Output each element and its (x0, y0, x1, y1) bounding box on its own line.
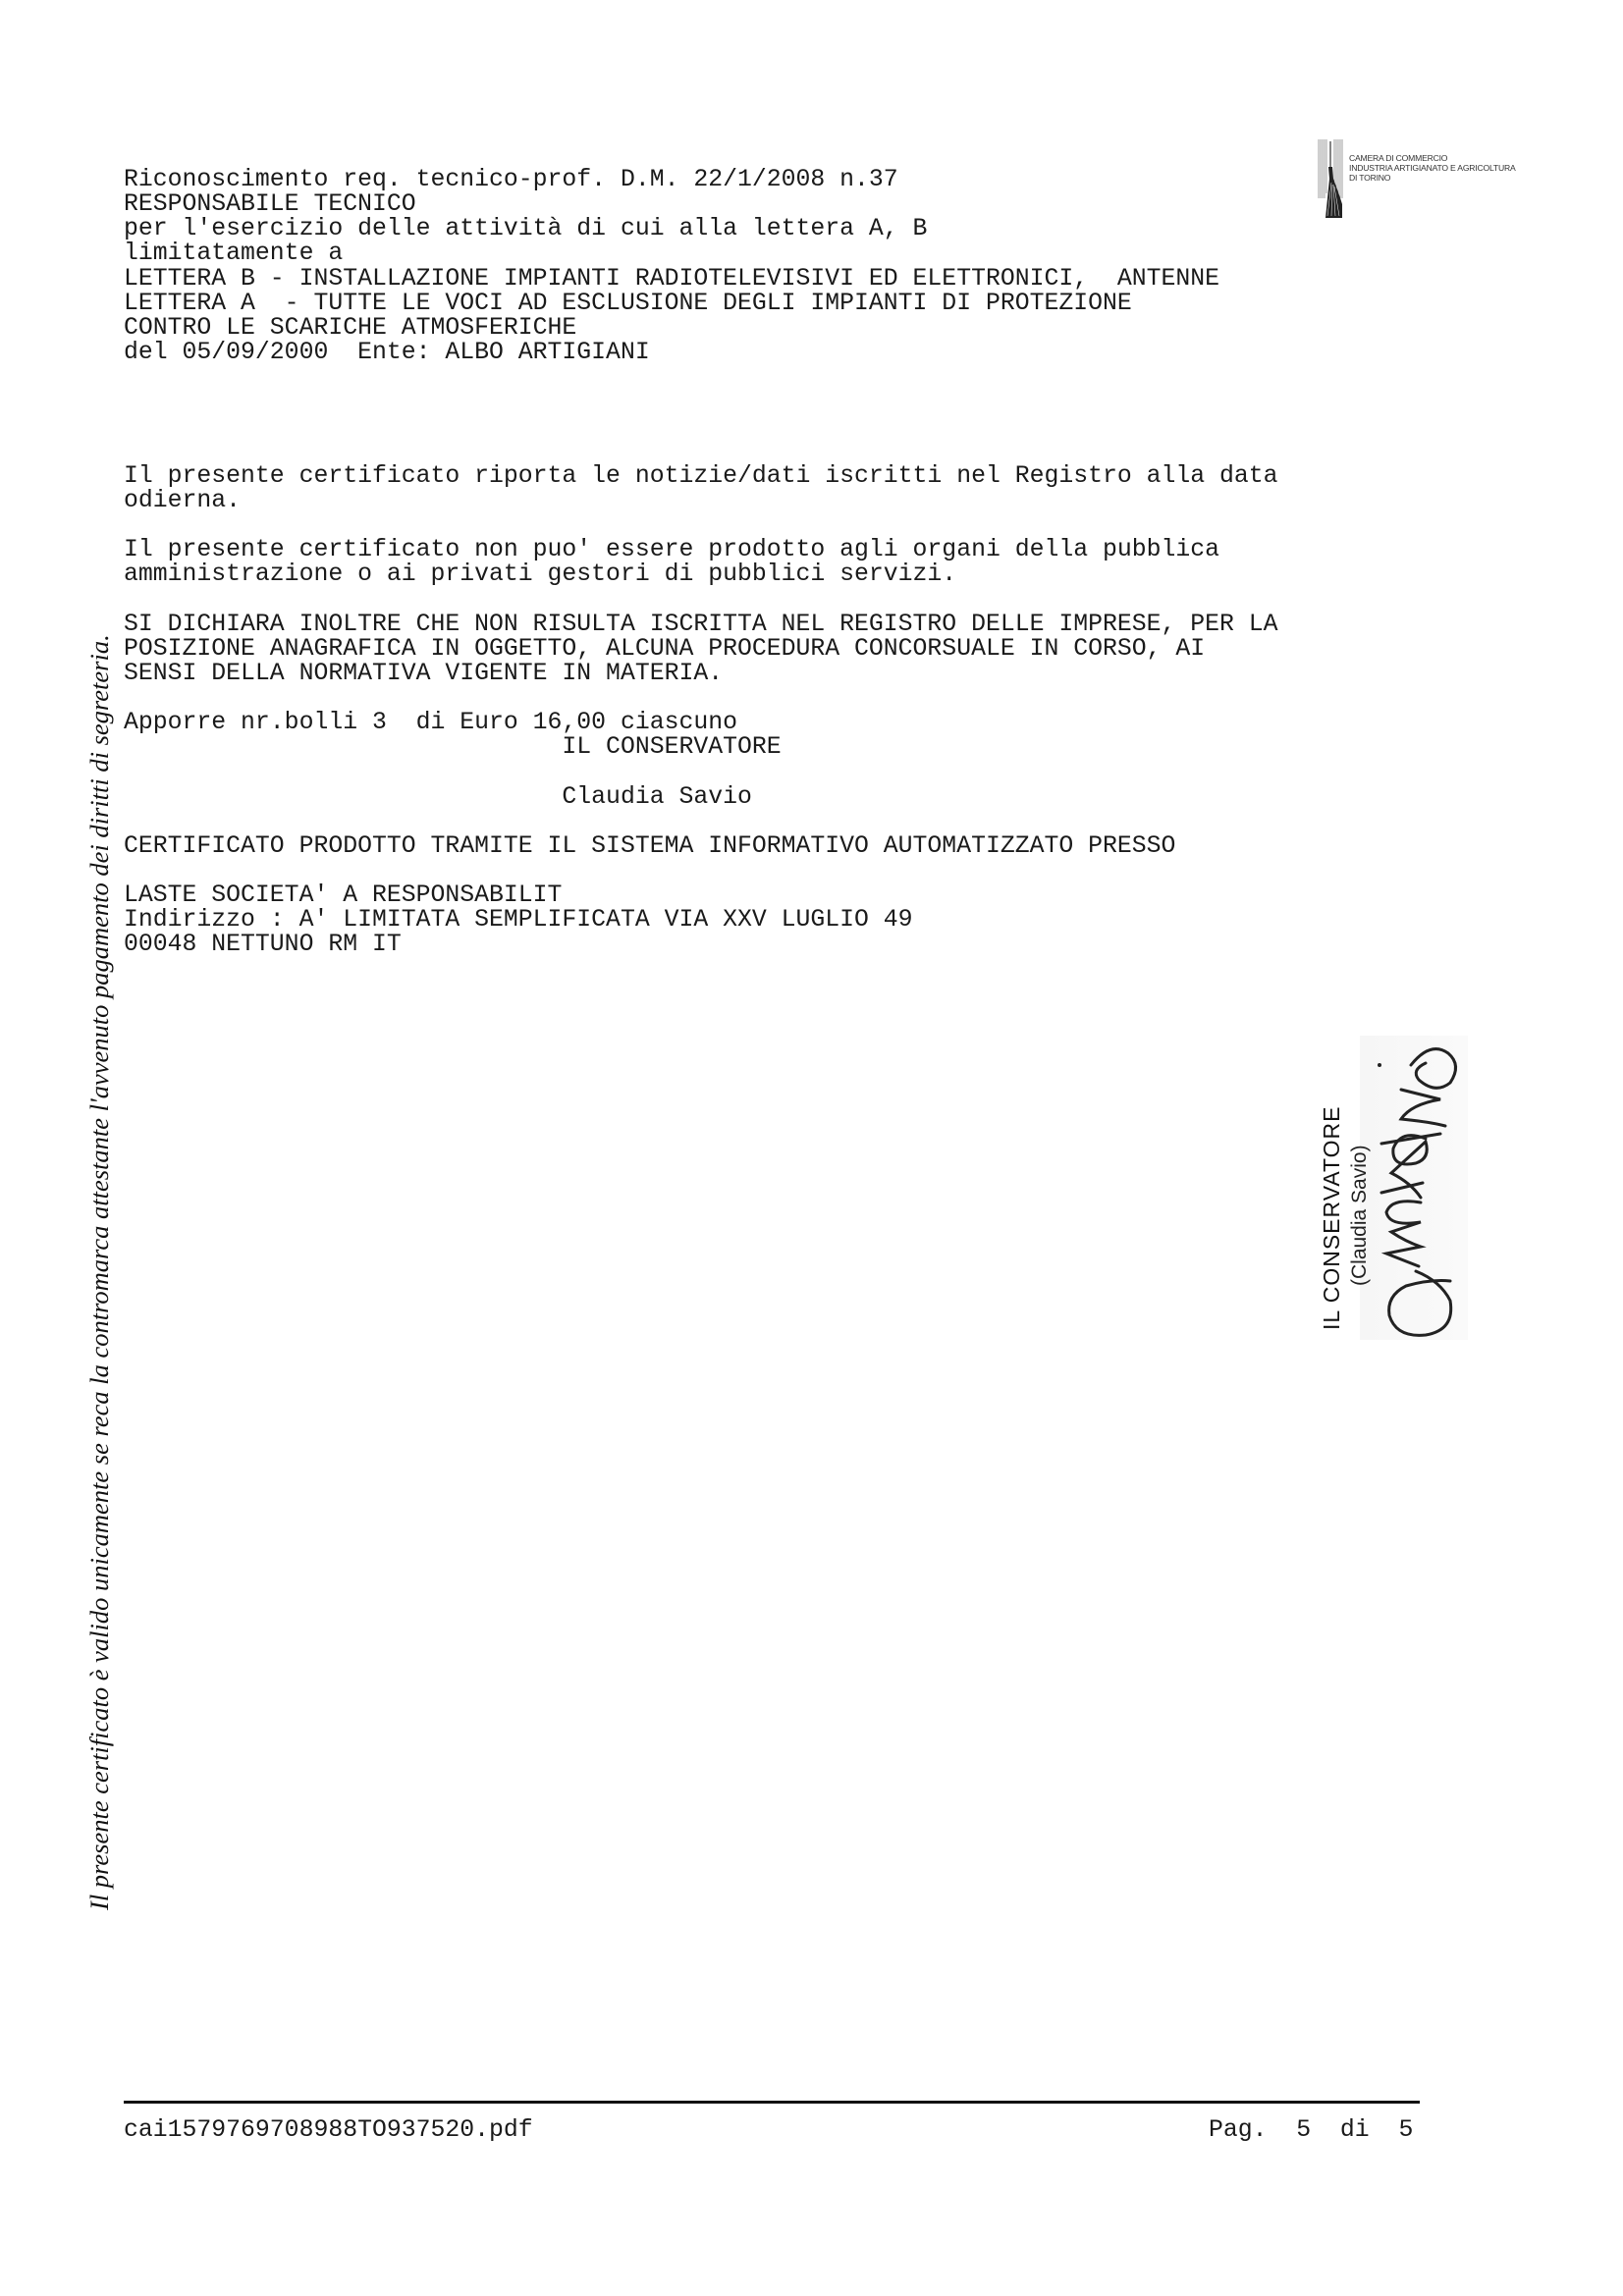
text-line: del 05/09/2000 Ente: ALBO ARTIGIANI (124, 341, 1278, 365)
text-line: odierna. (124, 489, 1278, 513)
logo-line: INDUSTRIA ARTIGIANATO E AGRICOLTURA (1349, 163, 1516, 173)
text-line: LETTERA A - TUTTE LE VOCI AD ESCLUSIONE … (124, 292, 1278, 316)
stamp-title: IL CONSERVATORE (1319, 1106, 1345, 1330)
text-line (124, 859, 1278, 883)
text-line: Apporre nr.bolli 3 di Euro 16,00 ciascun… (124, 711, 1278, 735)
logo-line: DI TORINO (1349, 173, 1516, 183)
text-line: amministrazione o ai privati gestori di … (124, 562, 1278, 587)
text-line (124, 414, 1278, 439)
text-line: limitatamente a (124, 241, 1278, 266)
handwritten-signature-icon (1372, 1036, 1465, 1340)
footer-filename: cai1579769708988TO937520.pdf (124, 2118, 533, 2143)
text-line (124, 365, 1278, 390)
text-line: RESPONSABILE TECNICO (124, 192, 1278, 217)
text-line: SI DICHIARA INOLTRE CHE NON RISULTA ISCR… (124, 613, 1278, 637)
text-line: SENSI DELLA NORMATIVA VIGENTE IN MATERIA… (124, 662, 1278, 686)
text-line: IL CONSERVATORE (124, 735, 1278, 760)
footer-divider (124, 2101, 1420, 2104)
text-line (124, 686, 1278, 711)
stamp-name: (Claudia Savio) (1348, 1145, 1372, 1286)
logo-line: CAMERA DI COMMERCIO (1349, 153, 1516, 163)
text-line: CONTRO LE SCARICHE ATMOSFERICHE (124, 316, 1278, 341)
text-line: POSIZIONE ANAGRAFICA IN OGGETTO, ALCUNA … (124, 637, 1278, 662)
text-line (124, 513, 1278, 538)
text-line: Riconoscimento req. tecnico-prof. D.M. 2… (124, 168, 1278, 192)
text-line (124, 810, 1278, 834)
side-validity-note: Il presente certificato è valido unicame… (84, 634, 115, 1910)
logo-text: CAMERA DI COMMERCIO INDUSTRIA ARTIGIANAT… (1349, 153, 1516, 183)
conservator-stamp: IL CONSERVATORE (Claudia Savio) (1311, 1036, 1468, 1345)
text-line: Indirizzo : A' LIMITATA SEMPLIFICATA VIA… (124, 908, 1278, 933)
footer-page-number: Pag. 5 di 5 (1209, 2118, 1413, 2143)
text-line (124, 390, 1278, 414)
chamber-of-commerce-logo: CAMERA DI COMMERCIO INDUSTRIA ARTIGIANAT… (1316, 137, 1532, 222)
text-line (124, 440, 1278, 464)
text-line: LASTE SOCIETA' A RESPONSABILIT (124, 883, 1278, 908)
certificate-body: Riconoscimento req. tecnico-prof. D.M. 2… (124, 168, 1278, 958)
text-line: 00048 NETTUNO RM IT (124, 933, 1278, 957)
text-line: Il presente certificato riporta le notiz… (124, 464, 1278, 489)
text-line: per l'esercizio delle attività di cui al… (124, 217, 1278, 241)
text-line: LETTERA B - INSTALLAZIONE IMPIANTI RADIO… (124, 267, 1278, 292)
text-line (124, 760, 1278, 784)
text-line (124, 587, 1278, 612)
text-line: Il presente certificato non puo' essere … (124, 538, 1278, 562)
mole-antonelliana-logo-icon (1318, 139, 1343, 218)
text-line: CERTIFICATO PRODOTTO TRAMITE IL SISTEMA … (124, 834, 1278, 859)
text-line: Claudia Savio (124, 785, 1278, 810)
